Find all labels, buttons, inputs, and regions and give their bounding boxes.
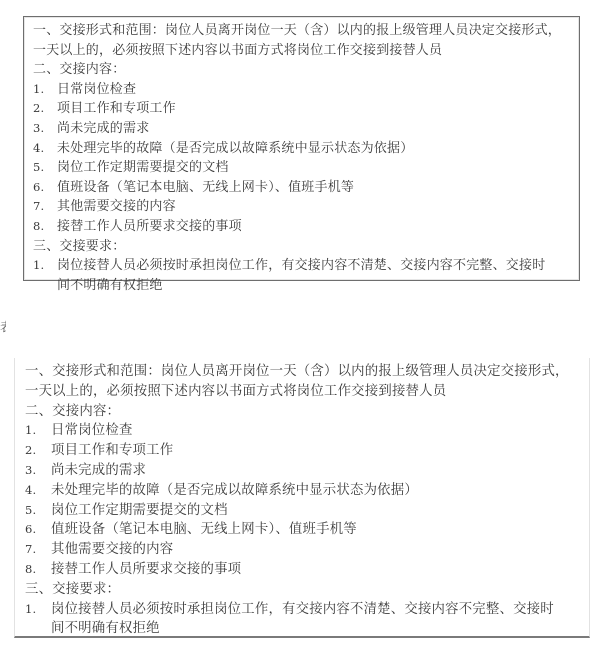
section1-line2: 一天以上的，必须按照下述内容以书面方式将岗位工作交接到接替人员 bbox=[33, 41, 578, 61]
item-text: 未处理完毕的故障（是否完成以故障系统中显示状态为依据） bbox=[57, 139, 413, 159]
item-number: 7. bbox=[33, 197, 57, 217]
truncated-caption-char: 表 bbox=[0, 318, 6, 335]
document-body: 一、交接形式和范围：岗位人员离开岗位一天（含）以内的报上级管理人员决定交接形式，… bbox=[25, 362, 585, 639]
item-text: 其他需要交接的内容 bbox=[57, 197, 176, 217]
item-text: 岗位工作定期需要提交的文档 bbox=[57, 158, 229, 178]
item-text: 尚未完成的需求 bbox=[57, 119, 149, 139]
list-item: 2.项目工作和专项工作 bbox=[25, 441, 585, 461]
list-item: 7.其他需要交接的内容 bbox=[33, 197, 578, 217]
item-number: 4. bbox=[25, 481, 51, 501]
item-text: 接替工作人员所要求交接的事项 bbox=[51, 560, 241, 580]
list-item: 3.尚未完成的需求 bbox=[33, 119, 578, 139]
item-number: 3. bbox=[33, 119, 57, 139]
document-body: 一、交接形式和范围：岗位人员离开岗位一天（含）以内的报上级管理人员决定交接形式，… bbox=[33, 21, 578, 295]
item-text: 其他需要交接的内容 bbox=[51, 540, 173, 560]
section3-heading: 三、交接要求： bbox=[25, 580, 585, 600]
list-item: 5.岗位工作定期需要提交的文档 bbox=[25, 501, 585, 521]
section1-line2: 一天以上的，必须按照下述内容以书面方式将岗位工作交接到接替人员 bbox=[25, 382, 585, 402]
item-text: 岗位接替人员必须按时承担岗位工作，有交接内容不清楚、交接内容不完整、交接时 bbox=[51, 600, 554, 620]
handover-document-image-1: 一、交接形式和范围：岗位人员离开岗位一天（含）以内的报上级管理人员决定交接形式，… bbox=[23, 16, 580, 281]
item-number: 5. bbox=[25, 501, 51, 521]
item-number: 1. bbox=[33, 80, 57, 100]
list-item: 6.值班设备（笔记本电脑、无线上网卡）、值班手机等 bbox=[25, 520, 585, 540]
section3-heading: 三、交接要求： bbox=[33, 237, 578, 257]
item-text: 尚未完成的需求 bbox=[51, 461, 146, 481]
section1-line1: 一、交接形式和范围：岗位人员离开岗位一天（含）以内的报上级管理人员决定交接形式， bbox=[25, 362, 585, 382]
list-item: 3.尚未完成的需求 bbox=[25, 461, 585, 481]
section2-heading: 二、交接内容： bbox=[33, 60, 578, 80]
item-number: 8. bbox=[25, 560, 51, 580]
item-text: 岗位接替人员必须按时承担岗位工作，有交接内容不清楚、交接内容不完整、交接时 bbox=[57, 256, 545, 276]
list-item: 7.其他需要交接的内容 bbox=[25, 540, 585, 560]
section1-line1: 一、交接形式和范围：岗位人员离开岗位一天（含）以内的报上级管理人员决定交接形式， bbox=[33, 21, 578, 41]
list-item: 1.日常岗位检查 bbox=[33, 80, 578, 100]
item-number: 6. bbox=[25, 520, 51, 540]
item-text: 项目工作和专项工作 bbox=[57, 99, 176, 119]
item-text: 值班设备（笔记本电脑、无线上网卡）、值班手机等 bbox=[51, 520, 357, 540]
item-number: 4. bbox=[33, 139, 57, 159]
item-text: 项目工作和专项工作 bbox=[51, 441, 173, 461]
item-number: 6. bbox=[33, 178, 57, 198]
item-number: 1. bbox=[25, 421, 51, 441]
item-number: 5. bbox=[33, 158, 57, 178]
item-text: 值班设备（笔记本电脑、无线上网卡）、值班手机等 bbox=[57, 178, 354, 198]
list-item: 5.岗位工作定期需要提交的文档 bbox=[33, 158, 578, 178]
item-number: 1. bbox=[33, 256, 57, 276]
item-text: 未处理完毕的故障（是否完成以故障系统中显示状态为依据） bbox=[51, 481, 418, 501]
list-item: 1.日常岗位检查 bbox=[25, 421, 585, 441]
list-item: 4.未处理完毕的故障（是否完成以故障系统中显示状态为依据） bbox=[33, 139, 578, 159]
list-item: 1.岗位接替人员必须按时承担岗位工作，有交接内容不清楚、交接内容不完整、交接时 bbox=[25, 600, 585, 620]
item-text-continuation: 间不明确有权拒绝 bbox=[33, 276, 578, 296]
list-item: 4.未处理完毕的故障（是否完成以故障系统中显示状态为依据） bbox=[25, 481, 585, 501]
item-number: 1. bbox=[25, 600, 51, 620]
item-text: 岗位工作定期需要提交的文档 bbox=[51, 501, 228, 521]
item-text: 日常岗位检查 bbox=[51, 421, 133, 441]
item-number: 2. bbox=[25, 441, 51, 461]
section2-heading: 二、交接内容： bbox=[25, 402, 585, 422]
item-number: 7. bbox=[25, 540, 51, 560]
list-item: 1.岗位接替人员必须按时承担岗位工作，有交接内容不清楚、交接内容不完整、交接时 bbox=[33, 256, 578, 276]
item-number: 3. bbox=[25, 461, 51, 481]
list-item: 2.项目工作和专项工作 bbox=[33, 99, 578, 119]
item-number: 2. bbox=[33, 99, 57, 119]
item-number: 8. bbox=[33, 217, 57, 237]
list-item: 6.值班设备（笔记本电脑、无线上网卡）、值班手机等 bbox=[33, 178, 578, 198]
item-text: 接替工作人员所要求交接的事项 bbox=[57, 217, 242, 237]
list-item: 8.接替工作人员所要求交接的事项 bbox=[25, 560, 585, 580]
list-item: 8.接替工作人员所要求交接的事项 bbox=[33, 217, 578, 237]
handover-document-image-2: 一、交接形式和范围：岗位人员离开岗位一天（含）以内的报上级管理人员决定交接形式，… bbox=[14, 358, 590, 638]
item-text-continuation: 间不明确有权拒绝 bbox=[25, 619, 585, 639]
item-text: 日常岗位检查 bbox=[57, 80, 136, 100]
